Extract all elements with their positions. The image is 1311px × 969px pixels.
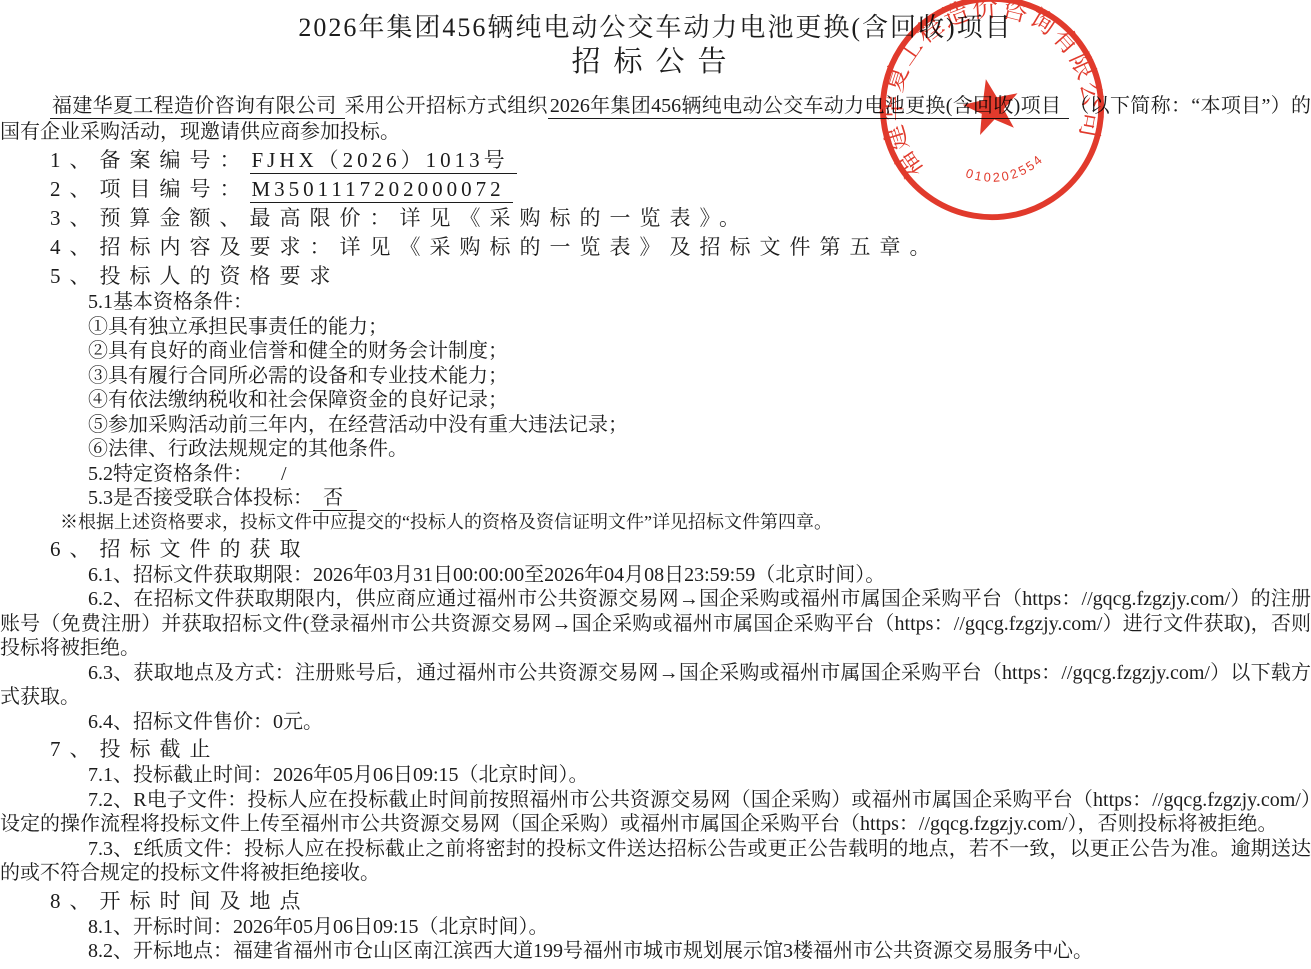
item-1-value: FJHX（2026）1013号 <box>250 148 517 174</box>
item-1-label: 1、备案编号： <box>50 148 250 172</box>
intro-paragraph: 福建华夏工程造价咨询有限公司采用公开招标方式组织2026年集团456辆纯电动公交… <box>0 94 1311 145</box>
item-6-document-obtain-heading: 6、招标文件的获取 <box>50 535 1311 563</box>
item-2-label: 2、项目编号： <box>50 177 250 201</box>
clause-6-1: 6.1、招标文件获取期限：2026年03月31日00:00:00至2026年04… <box>0 563 1311 588</box>
clause-5-3: 5.3是否接受联合体投标：否 <box>0 486 1311 511</box>
agency-name: 福建华夏工程造价咨询有限公司 <box>50 95 345 119</box>
clause-5-2: 5.2特定资格条件：/ <box>0 462 1311 487</box>
item-3-budget: 3、预算金额、最高限价：详见《采购标的一览表》。 <box>50 204 1311 232</box>
item-7-bid-deadline-heading: 7、投标截止 <box>50 735 1311 763</box>
item-2-project-number: 2、项目编号：M3501117202000072 <box>50 175 1311 203</box>
clause-5-1: 5.1基本资格条件： <box>0 290 1311 315</box>
item-8-opening-heading: 8、开标时间及地点 <box>50 887 1311 915</box>
clause-5-3-label: 5.3是否接受联合体投标： <box>88 487 313 509</box>
clause-7-1: 7.1、投标截止时间：2026年05月06日09:15（北京时间）。 <box>0 763 1311 788</box>
condition-5: ⑤参加采购活动前三年内，在经营活动中没有重大违法记录； <box>0 413 1311 438</box>
condition-1: ①具有独立承担民事责任的能力； <box>0 315 1311 340</box>
clause-8-1: 8.1、开标时间：2026年05月06日09:15（北京时间）。 <box>0 915 1311 940</box>
condition-6: ⑥法律、行政法规规定的其他条件。 <box>0 437 1311 462</box>
announcement-document: 2026年集团456辆纯电动公交车动力电池更换(含回收)项目 招标公告 福建华夏… <box>0 0 1311 969</box>
clause-6-3: 6.3、获取地点及方式：注册账号后，通过福州市公共资源交易网→国企采购或福州市属… <box>0 661 1311 710</box>
item-2-value: M3501117202000072 <box>250 177 513 203</box>
clause-7-2: 7.2、R电子文件：投标人应在投标截止时间前按照福州市公共资源交易网（国企采购）… <box>0 788 1311 837</box>
item-1-record-number: 1、备案编号：FJHX（2026）1013号 <box>50 146 1311 174</box>
clause-6-4: 6.4、招标文件售价：0元。 <box>0 710 1311 735</box>
document-title: 2026年集团456辆纯电动公交车动力电池更换(含回收)项目 <box>0 12 1311 44</box>
clause-5-3-value: 否 <box>313 487 357 511</box>
document-subtitle: 招标公告 <box>0 44 1311 80</box>
condition-4: ④有依法缴纳税收和社会保障资金的良好记录； <box>0 388 1311 413</box>
item-5-qualification-heading: 5、投标人的资格要求 <box>50 262 1311 290</box>
clause-5-2-value: / <box>281 463 287 485</box>
qualification-note: ※根据上述资格要求，投标文件中应提交的“投标人的资格及资信证明文件”详见招标文件… <box>0 511 1311 534</box>
clause-7-3: 7.3、£纸质文件：投标人应在投标截止之前将密封的投标文件送达招标公告或更正公告… <box>0 837 1311 886</box>
project-name: 2026年集团456辆纯电动公交车动力电池更换(含回收)项目 <box>548 95 1069 119</box>
item-4-bid-content: 4、招标内容及要求：详见《采购标的一览表》及招标文件第五章。 <box>50 233 1311 261</box>
clause-8-2: 8.2、开标地点：福建省福州市仓山区南江滨西大道199号福州市城市规划展示馆3楼… <box>0 939 1311 964</box>
intro-mid-text: 采用公开招标方式组织 <box>345 95 548 117</box>
clause-6-2: 6.2、在招标文件获取期限内，供应商应通过福州市公共资源交易网→国企采购或福州市… <box>0 587 1311 661</box>
condition-2: ②具有良好的商业信誉和健全的财务会计制度； <box>0 339 1311 364</box>
condition-3: ③具有履行合同所必需的设备和专业技术能力； <box>0 364 1311 389</box>
clause-5-2-label: 5.2特定资格条件： <box>88 463 253 485</box>
